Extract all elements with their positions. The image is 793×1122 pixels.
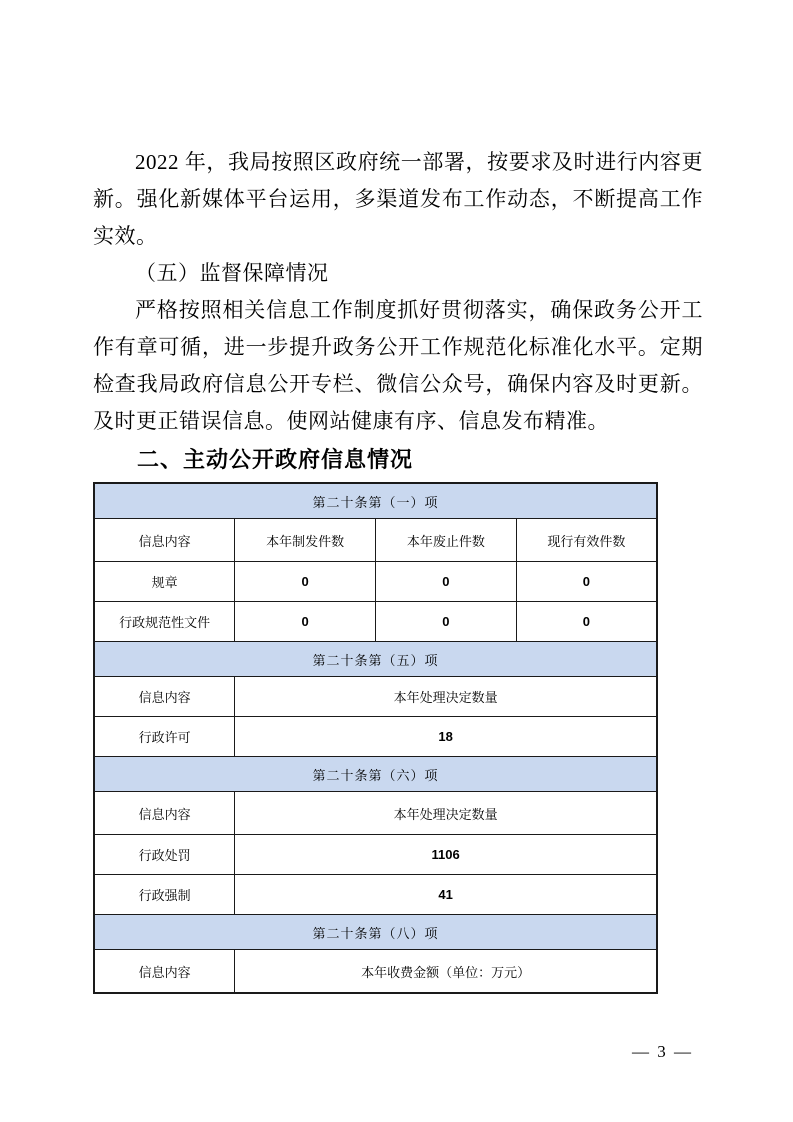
column-header: 本年收费金额（单位：万元）: [235, 950, 657, 994]
page-content: 2022 年，我局按照区政府统一部署，按要求及时进行内容更新。强化新媒体平台运用…: [93, 0, 703, 994]
table-row: 第二十条第（八）项: [94, 915, 657, 950]
table-row: 第二十条第（一）项: [94, 483, 657, 519]
table-row: 信息内容 本年处理决定数量: [94, 792, 657, 835]
column-header: 信息内容: [94, 950, 235, 994]
row-label-administrative-licensing: 行政许可: [94, 717, 235, 757]
column-header: 信息内容: [94, 677, 235, 717]
value-cell: 0: [516, 602, 657, 642]
disclosure-statistics-table: 第二十条第（一）项 信息内容 本年制发件数 本年废止件数 现行有效件数 规章 0…: [93, 482, 658, 994]
table-row: 信息内容 本年制发件数 本年废止件数 现行有效件数: [94, 519, 657, 562]
column-header: 本年处理决定数量: [235, 792, 657, 835]
banner-article20-item8: 第二十条第（八）项: [94, 915, 657, 950]
value-cell: 0: [235, 602, 376, 642]
value-cell: 0: [376, 602, 517, 642]
banner-article20-item6: 第二十条第（六）项: [94, 757, 657, 792]
column-header: 信息内容: [94, 792, 235, 835]
document-page: 2022 年，我局按照区政府统一部署，按要求及时进行内容更新。强化新媒体平台运用…: [0, 0, 793, 1122]
banner-article20-item5: 第二十条第（五）项: [94, 642, 657, 677]
table-row: 规章 0 0 0: [94, 562, 657, 602]
value-cell: 18: [235, 717, 657, 757]
paragraph-content-update: 2022 年，我局按照区政府统一部署，按要求及时进行内容更新。强化新媒体平台运用…: [93, 144, 703, 255]
paragraph-supervision-detail: 严格按照相关信息工作制度抓好贯彻落实，确保政务公开工作有章可循，进一步提升政务公…: [93, 292, 703, 440]
table-row: 信息内容 本年处理决定数量: [94, 677, 657, 717]
table-row: 行政许可 18: [94, 717, 657, 757]
row-label-rules: 规章: [94, 562, 235, 602]
page-number: — 3 —: [632, 1042, 693, 1062]
table-row: 行政规范性文件 0 0 0: [94, 602, 657, 642]
column-header: 本年废止件数: [376, 519, 517, 562]
table-row: 行政处罚 1106: [94, 835, 657, 875]
row-label-administrative-coercion: 行政强制: [94, 875, 235, 915]
value-cell: 0: [516, 562, 657, 602]
banner-article20-item1: 第二十条第（一）项: [94, 483, 657, 519]
value-cell: 41: [235, 875, 657, 915]
table-row: 信息内容 本年收费金额（单位：万元）: [94, 950, 657, 994]
value-cell: 1106: [235, 835, 657, 875]
table-row: 第二十条第（五）项: [94, 642, 657, 677]
table-row: 第二十条第（六）项: [94, 757, 657, 792]
section-heading-proactive-disclosure: 二、主动公开政府信息情况: [93, 446, 703, 474]
row-label-administrative-penalty: 行政处罚: [94, 835, 235, 875]
column-header: 本年处理决定数量: [235, 677, 657, 717]
column-header: 信息内容: [94, 519, 235, 562]
value-cell: 0: [376, 562, 517, 602]
value-cell: 0: [235, 562, 376, 602]
column-header: 本年制发件数: [235, 519, 376, 562]
row-label-normative-documents: 行政规范性文件: [94, 602, 235, 642]
table-row: 行政强制 41: [94, 875, 657, 915]
column-header: 现行有效件数: [516, 519, 657, 562]
subsection-heading-supervision: （五）监督保障情况: [93, 255, 703, 292]
